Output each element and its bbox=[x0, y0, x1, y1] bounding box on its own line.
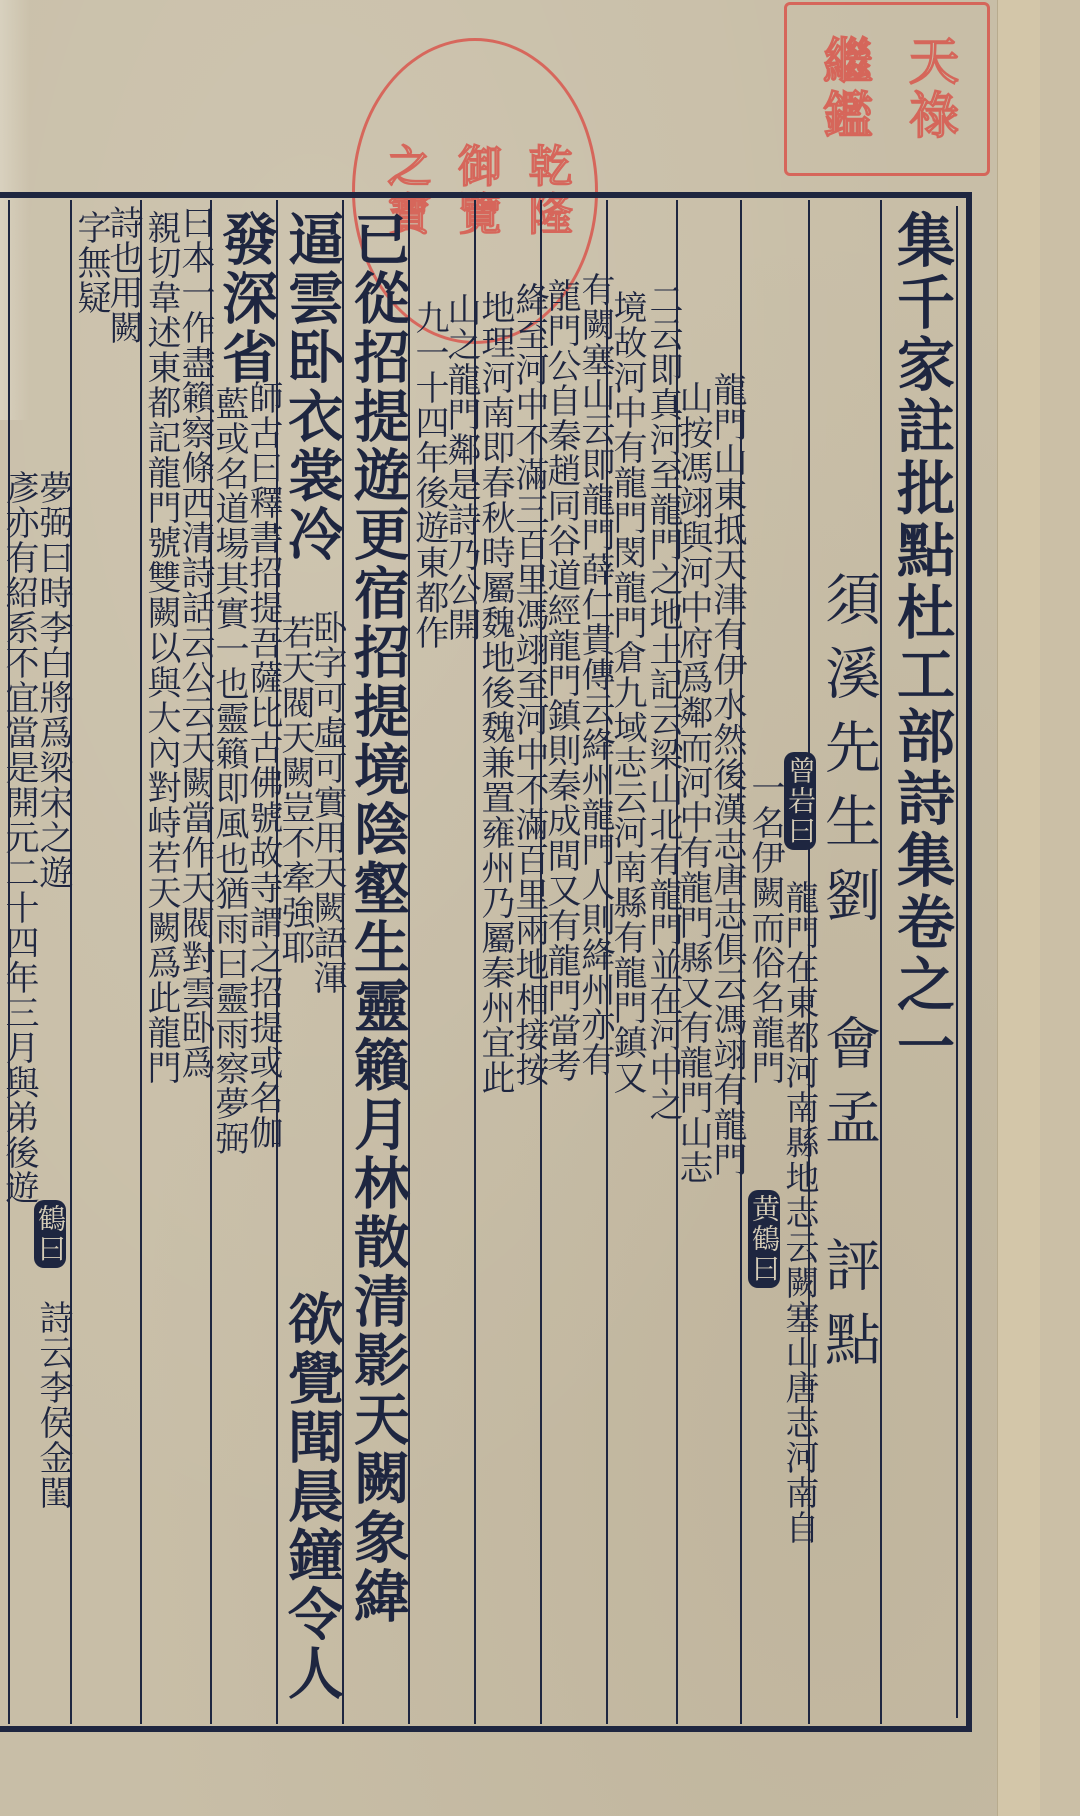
commentary-text: 詩云李侯金閨 bbox=[36, 1300, 70, 1510]
commentary-text: 卧字可虛可實用天闕語渾 bbox=[310, 610, 344, 995]
commentary-text: 彥亦有紹系不宜當是開元二十四年三月與弟後遊 bbox=[2, 470, 36, 1205]
commentary-text: 龍門在東都河南縣地志云闕塞山唐志河南自 bbox=[782, 880, 816, 1545]
commentary-text: 絳至河中不滿三百里馮翊至河中不滿百里兩地相接按 bbox=[512, 282, 546, 1087]
book-title: 集千家註批點杜工部詩集卷之一 bbox=[892, 210, 950, 1078]
commentary-text: 親切韋述東都記龍門號雙闕以與大內對峙若天闕爲此龍門 bbox=[144, 210, 178, 1085]
commentary-text: 詩也用闕 bbox=[106, 205, 140, 345]
verse-line: 欲覺聞晨鐘令人 bbox=[284, 1290, 340, 1703]
verse-line: 已從招提遊更宿招提境陰壑生靈籟月林散清影天闕象緯 bbox=[350, 210, 406, 1626]
seal-text: 天祿 bbox=[905, 35, 955, 143]
commentary-text: 二云即真河至龍門之地土記云梁山北有龍門並在河中之 bbox=[646, 282, 680, 1122]
commentary-text: 若天閥天闕豈不牽強耶 bbox=[278, 615, 312, 965]
commentator-label: 黄鶴曰 bbox=[748, 1190, 780, 1288]
commentary-text: 藍或名道場其實一也靈籟即風也猶雨曰靈雨察夢弼 bbox=[212, 386, 246, 1156]
commentary-text: 夢弼曰時李白將爲梁宋之遊 bbox=[36, 470, 70, 890]
commentator-label: 鶴曰 bbox=[34, 1200, 66, 1268]
commentary-text: 九一十四年後遊東都作 bbox=[412, 300, 446, 650]
commentary-text: 一名伊闕而俗名龍門 bbox=[748, 770, 782, 1085]
commentator-label: 曾岩曰 bbox=[784, 752, 816, 850]
commentator-badge: 黄鶴曰 bbox=[748, 1190, 780, 1288]
commentator-badge: 鶴曰 bbox=[34, 1200, 66, 1268]
commentator-badge: 曾岩曰 bbox=[784, 752, 816, 850]
commentary-text: 有闕塞山云即龍門薛仁貴傳云絳州龍門人則絳州亦有 bbox=[578, 272, 612, 1077]
commentary-text: 師古曰釋書招提吾薩比古佛號故寺謂之招提或名伽 bbox=[246, 380, 280, 1150]
verse-line: 逼雲卧衣裳冷 bbox=[284, 210, 340, 564]
commentary-text: 山之龍門鄰是詩乃公開 bbox=[444, 292, 478, 642]
page-edge bbox=[997, 0, 1040, 1816]
verse-line: 發深省 bbox=[218, 210, 274, 387]
commentary-text: 字無疑 bbox=[74, 210, 108, 315]
seal-text: 繼鑑 bbox=[819, 35, 869, 143]
author-line: 須溪先生劉 會孟 評點 bbox=[820, 570, 876, 1384]
commentary-text: 龍門公自秦趙同谷道經龍門鎮則秦成間又有龍門當考 bbox=[544, 278, 578, 1083]
square-collector-seal: 天祿 繼鑑 bbox=[784, 2, 990, 176]
book-page: 乾隆 御覽 之寶 天祿 繼鑑 集千家註批點杜工部詩集卷之一 須溪先生劉 會孟 評… bbox=[0, 0, 1040, 1816]
commentary-text: 龍門山東抵天津有伊水然後漢志唐志俱云馮翊有龍門 bbox=[710, 372, 744, 1177]
commentary-text: 境故河中有龍門閔龍門倉九域志云河南縣有龍門鎮又 bbox=[610, 290, 644, 1095]
commentary-text: 地理河南即春秋時屬魏地後魏兼置雍州乃屬秦州宜此 bbox=[478, 290, 512, 1095]
commentary-text: 曰本一作盡籟察條西清詩話云公云天闕當作天閥對雲卧爲 bbox=[178, 205, 212, 1080]
